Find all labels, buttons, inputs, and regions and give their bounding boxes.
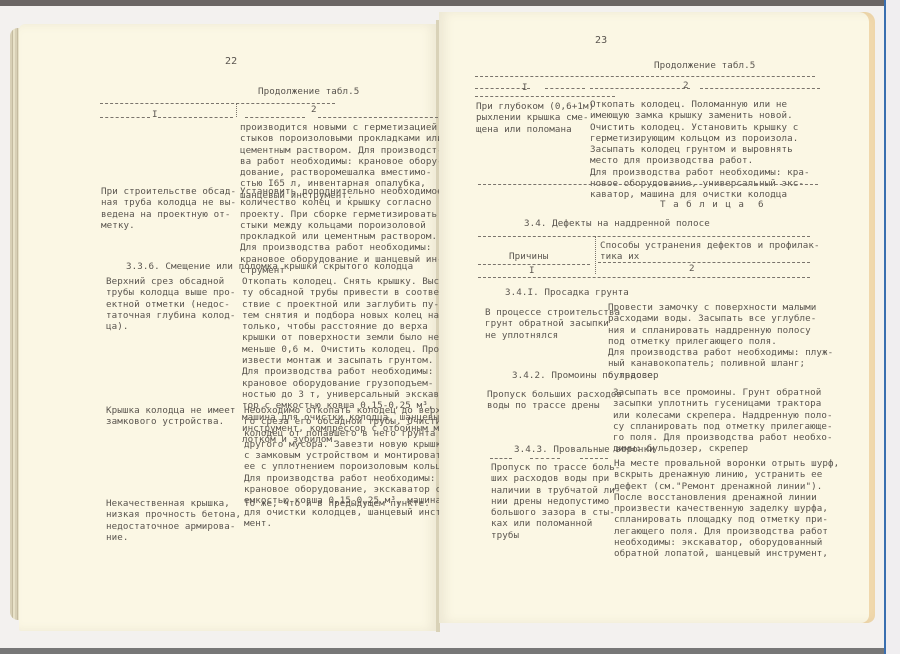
- continuation-title-right: Продолжение табл.5: [654, 60, 755, 71]
- table6-num-1: I: [529, 265, 535, 276]
- cause-text: Крышка колодца не имеет замкового устрой…: [106, 405, 236, 428]
- table-rule: [478, 236, 810, 237]
- cause-text: В процессе строительства грунт обратной …: [485, 307, 620, 341]
- table6-header-col2: Способы устранения дефектов и профилак- …: [600, 240, 820, 263]
- column-header-2: 2: [311, 104, 317, 115]
- column-header-2: 2: [683, 80, 689, 91]
- subsection-title: 3.4.2. Промоины по трассе: [512, 370, 653, 381]
- table-rule: [530, 458, 560, 459]
- table-rule: [545, 88, 585, 89]
- remedy-text: То же, что и в предыдущем пункте.: [244, 498, 430, 509]
- table-rule: [475, 76, 815, 77]
- page-number-22: 22: [225, 56, 237, 67]
- table-rule: [475, 96, 615, 97]
- table-rule: [590, 88, 690, 89]
- subsection-title: 3.4.I. Просадка грунта: [505, 287, 629, 298]
- page-number-23: 23: [595, 35, 607, 46]
- remedy-text: Откопать колодец. Поломанную или не имею…: [590, 99, 810, 201]
- table-rule: [580, 458, 608, 459]
- remedy-text: На месте провальной воронки отрыть шурф,…: [614, 458, 839, 560]
- table6-header-col1: Причины: [509, 251, 548, 262]
- remedy-text: Необходимо откопать колодец до верхне- г…: [244, 405, 458, 529]
- table-rule: [598, 262, 810, 263]
- column-divider: [236, 103, 237, 117]
- table-rule: [700, 88, 820, 89]
- cause-text: Верхний срез обсадной трубы колодца выше…: [106, 276, 236, 332]
- cause-text: Пропуск больших расходов воды по трассе …: [487, 389, 622, 412]
- table-rule: [478, 277, 810, 278]
- table-6-label: Т а б л и ц а 6: [660, 199, 765, 210]
- column-header-1: I: [522, 82, 528, 93]
- table-rule: [158, 117, 233, 118]
- table-rule: [490, 458, 512, 459]
- column-header-1: I: [152, 109, 158, 120]
- table-rule: [318, 117, 438, 118]
- scan-right-border: [884, 0, 900, 654]
- table-rule: [478, 184, 818, 185]
- column-divider: [595, 236, 596, 274]
- subsection-title: 3.3.6. Смещение или поломка крышки скрыт…: [126, 261, 413, 272]
- cause-text: При глубоком (0,6+1м) рыхлении крышка см…: [476, 101, 594, 135]
- table-rule: [100, 103, 335, 104]
- section-title: 3.4. Дефекты на наддренной полосе: [524, 218, 710, 229]
- table6-num-2: 2: [689, 263, 695, 274]
- continuation-title-left: Продолжение табл.5: [258, 86, 359, 97]
- table-rule: [245, 117, 305, 118]
- cause-text: При строительстве обсад- ная труба колод…: [101, 186, 236, 231]
- cause-text: Некачественная крышка, низкая прочность …: [106, 498, 241, 543]
- table-rule: [100, 117, 150, 118]
- subsection-title: 3.4.3. Провальные воронки: [514, 444, 655, 455]
- cause-text: Пропуск по трассе боль- ших расходов вод…: [491, 462, 621, 541]
- scan-top-border: [0, 0, 900, 6]
- scan-bottom-border: [0, 648, 900, 654]
